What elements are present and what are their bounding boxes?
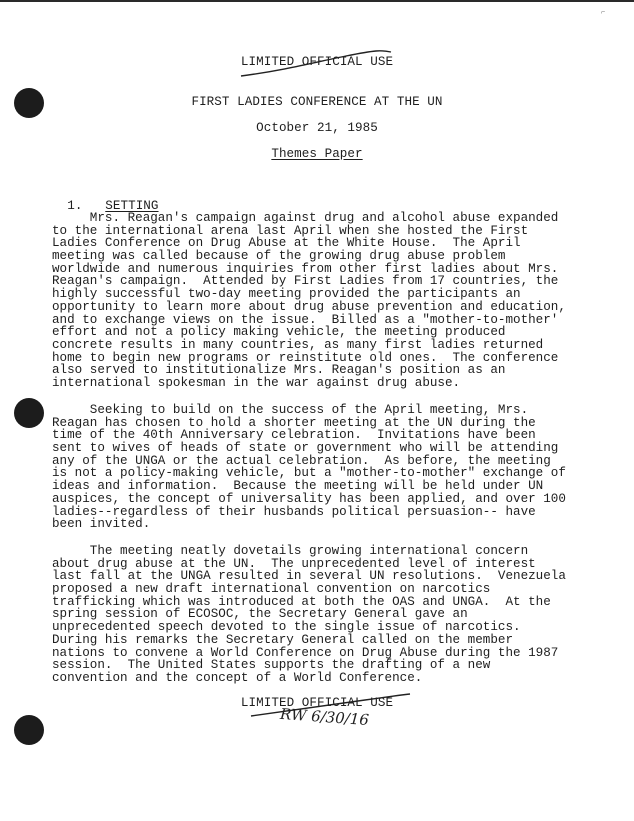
scan-corner-mark: ⌐ xyxy=(601,9,605,17)
paragraph-line: auspices, the concept of universality ha… xyxy=(52,493,592,506)
classification-header: LIMITED OFFICIAL USE xyxy=(0,56,634,69)
paragraph-line: Seeking to build on the success of the A… xyxy=(52,404,592,417)
paragraph-line: opportunity to learn more about drug abu… xyxy=(52,301,592,314)
paragraph-line: meeting was called because of the growin… xyxy=(52,250,592,263)
paragraph-line: effort and not a policy making vehicle, … xyxy=(52,326,592,339)
paragraph-1: Mrs. Reagan's campaign against drug and … xyxy=(52,212,592,390)
paragraph-line: convention and the concept of a World Co… xyxy=(52,672,592,685)
paragraph-3: The meeting neatly dovetails growing int… xyxy=(52,545,592,685)
paragraph-line: ideas and information. Because the meeti… xyxy=(52,480,592,493)
paragraph-line: sent to wives of heads of state or gover… xyxy=(52,442,592,455)
paragraph-line: The meeting neatly dovetails growing int… xyxy=(52,545,592,558)
paragraph-line: proposed a new draft international conve… xyxy=(52,583,592,596)
document-title: FIRST LADIES CONFERENCE AT THE UN xyxy=(0,96,634,109)
document-date: October 21, 1985 xyxy=(0,122,634,135)
section-heading: 1. SETTING xyxy=(52,187,159,213)
paragraph-line: international spokesman in the war again… xyxy=(52,377,592,390)
paragraph-line: unprecedented speech devoted to the sing… xyxy=(52,621,592,634)
paragraph-line: session. The United States supports the … xyxy=(52,659,592,672)
paragraph-line: concrete results in many countries, as m… xyxy=(52,339,592,352)
punch-hole-middle xyxy=(14,398,44,428)
punch-hole-bottom xyxy=(14,715,44,745)
paragraph-line: Mrs. Reagan's campaign against drug and … xyxy=(52,212,592,225)
page-top-border xyxy=(0,0,634,2)
document-subtitle: Themes Paper xyxy=(0,148,634,161)
paragraph-2: Seeking to build on the success of the A… xyxy=(52,404,592,531)
paragraph-line: been invited. xyxy=(52,518,592,531)
paragraph-line: During his remarks the Secretary General… xyxy=(52,634,592,647)
paragraph-line: highly successful two-day meeting provid… xyxy=(52,288,592,301)
